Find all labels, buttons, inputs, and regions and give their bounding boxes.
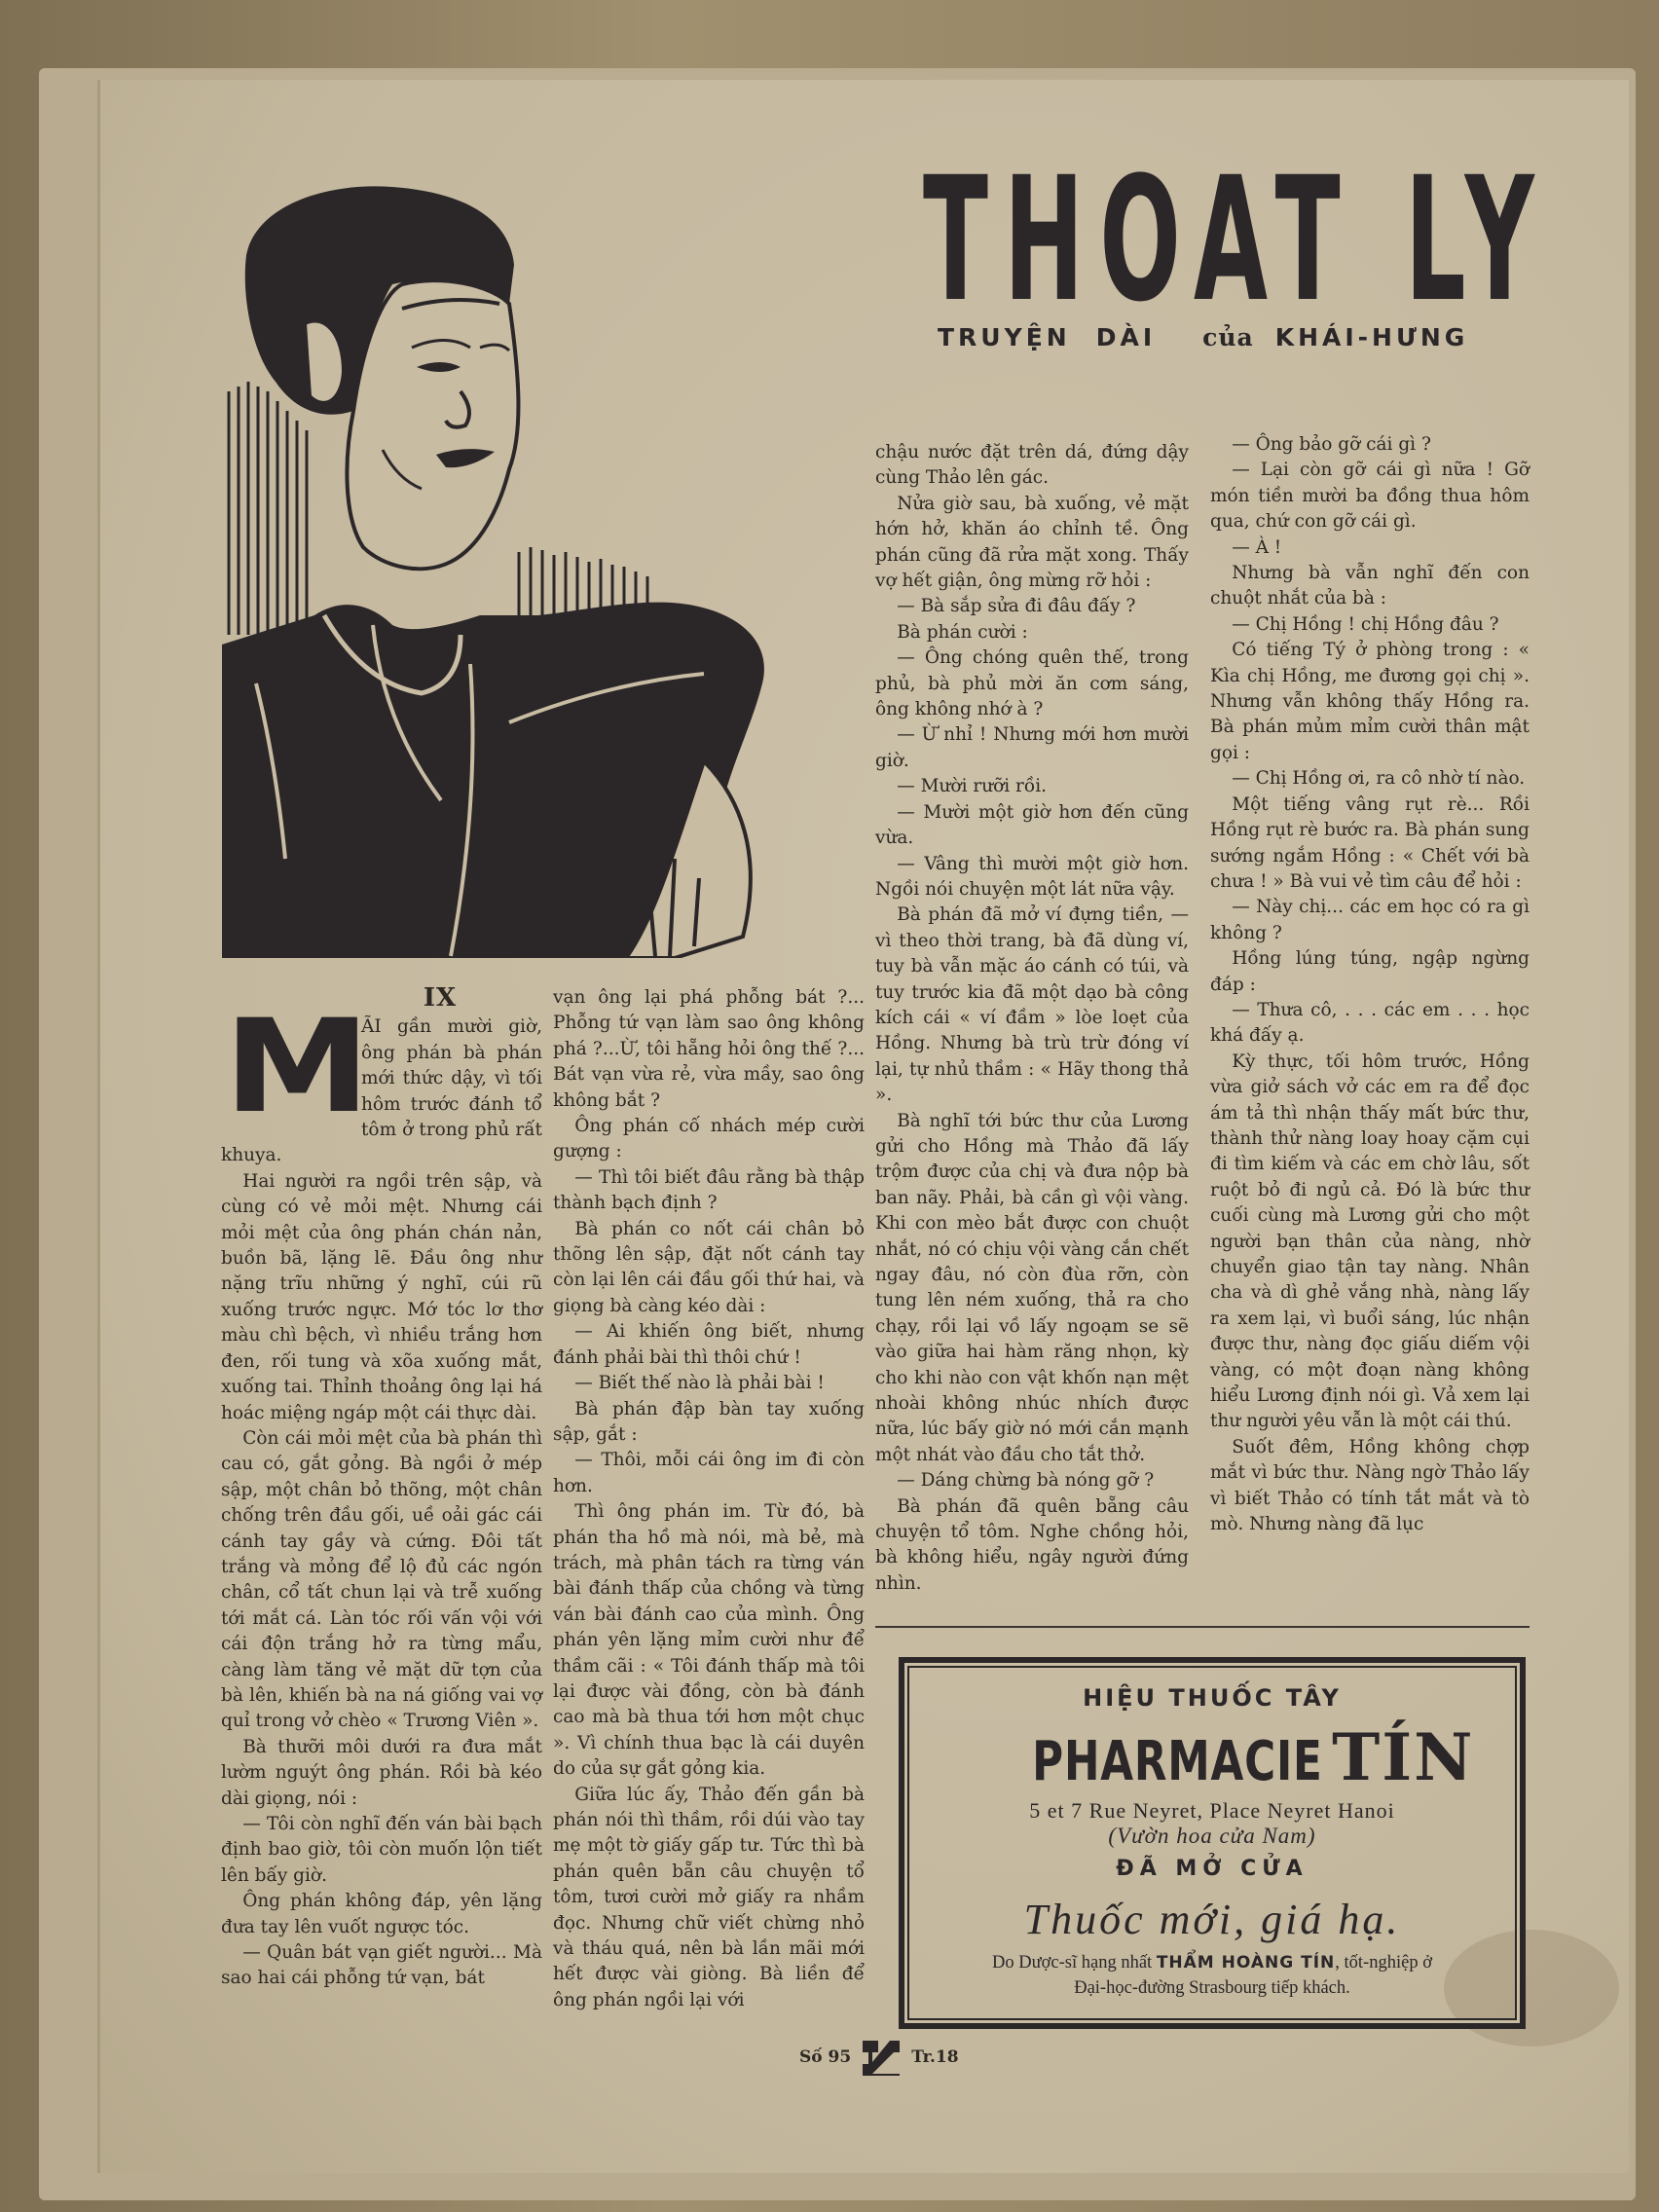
magazine-page: THOAT LY TRUYỆNDÀIcủaKHÁI-HƯNG bbox=[97, 80, 1629, 2173]
paragraph: Một tiếng vâng rụt rè... Rồi Hồng rụt rè… bbox=[1210, 793, 1530, 896]
paragraph: Bà phán đập bàn tay xuống sập, gắt : bbox=[553, 1397, 865, 1449]
paragraph: — Thưa cô, . . . các em . . . học khá đấ… bbox=[1210, 998, 1530, 1050]
paragraph: Bà phán cười : bbox=[875, 620, 1189, 645]
paragraph: Ông phán cố nhách mép cười gượng : bbox=[553, 1114, 865, 1165]
paragraph: — Ông bảo gỡ cái gì ? bbox=[1210, 432, 1530, 458]
paragraph: Hai người ra ngồi trên sập, và cùng có v… bbox=[221, 1169, 542, 1426]
story-title: THOAT LY bbox=[923, 148, 1297, 333]
ad-brand-left: PHARMACIE bbox=[1032, 1732, 1322, 1792]
paragraph: — Thì tôi biết đâu rằng bà thập thành bạ… bbox=[553, 1165, 865, 1217]
paragraph: Nửa giờ sau, bà xuống, vẻ mặt hớn hở, kh… bbox=[875, 492, 1189, 595]
paragraph: — Biết thế nào là phải bài ! bbox=[553, 1371, 865, 1396]
byline-author: KHÁI-HƯNG bbox=[1275, 323, 1469, 351]
ad-landmark: (Vườn hoa cửa Nam) bbox=[904, 1824, 1520, 1849]
paragraph: — Này chị... các em học có ra gì không ? bbox=[1210, 895, 1530, 946]
paragraph: Suốt đêm, Hồng không chợp mắt vì bức thư… bbox=[1210, 1435, 1530, 1538]
byline-genre: TRUYỆN bbox=[938, 323, 1071, 351]
paragraph: Còn cái mỏi mệt của bà phán thì cau có, … bbox=[221, 1426, 542, 1735]
ad-pharmacist-name: THẨM HOÀNG TÍN bbox=[1157, 1953, 1335, 1972]
paragraph: Bà thưỡi môi dưới ra đưa mắt lườm nguýt … bbox=[221, 1735, 542, 1812]
paragraph: — Ai khiến ông biết, nhưng đánh phải bài… bbox=[553, 1319, 865, 1371]
text-column-2: vạn ông lại phá phỗng bát ?... Phỗng tứ … bbox=[553, 985, 865, 2013]
ngay-nay-logo-icon bbox=[861, 2037, 902, 2078]
text-column-4: — Ông bảo gỡ cái gì ? — Lại còn gỡ cái g… bbox=[1210, 432, 1530, 1537]
byline-of: của bbox=[1202, 323, 1254, 351]
page-footer: Số 95 Tr.18 bbox=[799, 2037, 1091, 2078]
byline-length: DÀI bbox=[1096, 323, 1156, 351]
ad-slogan: Thuốc mới, giá hạ. bbox=[904, 1895, 1520, 1944]
ad-address: 5 et 7 Rue Neyret, Place Neyret Hanoi bbox=[904, 1798, 1520, 1824]
paragraph: Giữa lúc ấy, Thảo đến gần bà phán nói th… bbox=[553, 1783, 865, 2014]
paragraph: Bà nghĩ tới bức thư của Lương gửi cho Hồ… bbox=[875, 1109, 1189, 1469]
paragraph: Bà phán co nốt cái chân bỏ thõng lên sập… bbox=[553, 1217, 865, 1320]
text-column-3: chậu nước đặt trên dá, đứng dậy cùng Thả… bbox=[875, 440, 1189, 1597]
paragraph: chậu nước đặt trên dá, đứng dậy cùng Thả… bbox=[875, 440, 1189, 492]
paragraph: — Chị Hồng ! chị Hồng đâu ? bbox=[1210, 612, 1530, 638]
paragraph: — Quân bát vạn giết người... Mà sao hai … bbox=[221, 1940, 542, 1992]
text-column-1: IX M ÃI gần mười giờ, ông phán bà phán m… bbox=[221, 985, 542, 1992]
paragraph: — Tôi còn nghĩ đến ván bài bạch định bao… bbox=[221, 1812, 542, 1889]
paragraph: — Bà sắp sửa đi đâu đấy ? bbox=[875, 594, 1189, 619]
paragraph: Hồng lúng túng, ngập ngừng đáp : bbox=[1210, 946, 1530, 998]
woodcut-illustration-icon bbox=[217, 177, 816, 958]
ad-status: ĐÃ MỞ CỬA bbox=[904, 1857, 1520, 1881]
paragraph: — Dáng chừng bà nóng gỡ ? bbox=[875, 1468, 1189, 1493]
paragraph: — Chị Hồng ơi, ra cô nhờ tí nào. bbox=[1210, 766, 1530, 792]
ad-pharmacist-prefix: Do Dược-sĩ hạng nhất bbox=[992, 1953, 1152, 1972]
paragraph: — Ừ nhỉ ! Nhưng mới hơn mười giờ. bbox=[875, 722, 1189, 774]
drop-cap-letter: M bbox=[221, 1014, 373, 1120]
paragraph: — Thôi, mỗi cái ông im đi còn hơn. bbox=[553, 1448, 865, 1499]
paragraph: Thì ông phán im. Từ đó, bà phán tha hồ m… bbox=[553, 1499, 865, 1782]
ad-shop-type: HIỆU THUỐC TÂY bbox=[904, 1684, 1520, 1712]
issue-number: Số 95 bbox=[799, 2047, 851, 2067]
paragraph: vạn ông lại phá phỗng bát ?... Phỗng tứ … bbox=[553, 985, 865, 1114]
paragraph: Bà phán đã quên bẵng câu chuyện tổ tôm. … bbox=[875, 1494, 1189, 1598]
paragraph: Kỳ thực, tối hôm trước, Hồng vừa giở sác… bbox=[1210, 1050, 1530, 1435]
paragraph: — Lại còn gỡ cái gì nữa ! Gỡ món tiền mư… bbox=[1210, 458, 1530, 535]
paragraph: Có tiếng Tý ở phòng trong : « Kìa chị Hồ… bbox=[1210, 638, 1530, 766]
paragraph: — Vâng thì mười một giờ hơn. Ngồi nói ch… bbox=[875, 852, 1189, 903]
ad-brand: PHARMACIETÍN bbox=[904, 1727, 1520, 1792]
paragraph: Bà phán đã mở ví đựng tiền, — vì theo th… bbox=[875, 903, 1189, 1108]
ad-pharmacist-suffix: , tốt-nghiệp ở bbox=[1335, 1953, 1432, 1972]
paragraph: — Mười rưỡi rồi. bbox=[875, 774, 1189, 799]
ad-brand-right: TÍN bbox=[1332, 1727, 1474, 1788]
page-number: Tr.18 bbox=[911, 2047, 958, 2067]
pharmacy-advertisement: HIỆU THUỐC TÂY PHARMACIETÍN 5 et 7 Rue N… bbox=[899, 1657, 1526, 2029]
section-divider bbox=[875, 1626, 1530, 1628]
ad-pharmacist: Do Dược-sĩ hạng nhất THẨM HOÀNG TÍN, tốt… bbox=[904, 1950, 1520, 2001]
paragraph: — À ! bbox=[1210, 535, 1530, 561]
ad-pharmacist-line2: Đại-học-đường Strasbourg tiếp khách. bbox=[1074, 1978, 1350, 1998]
paragraph: — Mười một giờ hơn đến cũng vừa. bbox=[875, 800, 1189, 852]
paragraph: — Ông chóng quên thế, trong phủ, bà phủ … bbox=[875, 645, 1189, 722]
paragraph: Nhưng bà vẫn nghĩ đến con chuột nhắt của… bbox=[1210, 561, 1530, 612]
story-byline: TRUYỆNDÀIcủaKHÁI-HƯNG bbox=[938, 323, 1639, 351]
paragraph: Ông phán không đáp, yên lặng đưa tay lên… bbox=[221, 1889, 542, 1940]
